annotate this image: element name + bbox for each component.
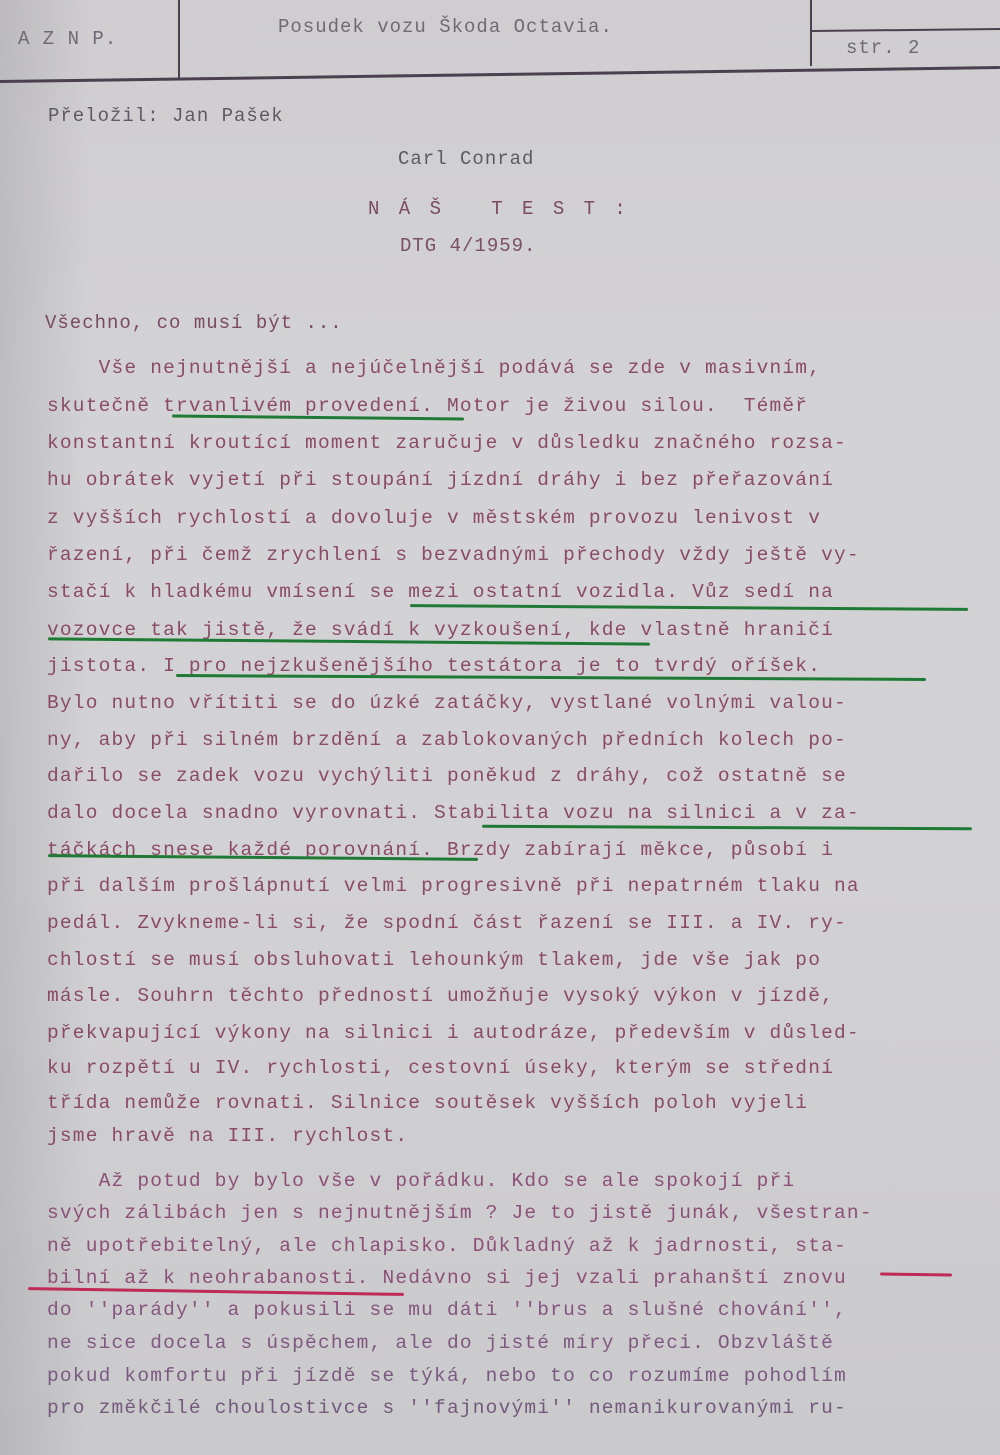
body-line: dalo docela snadno vyrovnati. Stabilita …	[47, 802, 860, 824]
body-line: másle. Souhrn těchto předností umožňuje …	[47, 985, 834, 1007]
header-page-number: str. 2	[846, 37, 920, 59]
article-heading: N Á Š T E S T :	[368, 198, 630, 220]
article-subtitle: Všechno, co musí být ...	[45, 312, 343, 334]
body-line: řazení, při čemž zrychlení s bezvadnými …	[47, 544, 860, 566]
body-line: Bylo nutno vřítiti se do úzké zatáčky, v…	[47, 692, 847, 714]
header-divider-left	[178, 0, 180, 78]
body-line: při dalším prošlápnutí velmi progresivně…	[47, 875, 860, 897]
body-line: ně upotřebitelný, ale chlapisko. Důkladn…	[47, 1235, 847, 1257]
body-line: ku rozpětí u IV. rychlosti, cestovní úse…	[47, 1057, 834, 1079]
body-line: bilní až k neohrabanosti. Nedávno si jej…	[47, 1267, 847, 1289]
author-name: Carl Conrad	[398, 148, 534, 170]
body-line: hu obrátek vyjetí při stoupání jízdní dr…	[47, 469, 834, 491]
body-line: skutečně trvanlivém provedení. Motor je …	[47, 395, 808, 417]
header-divider-right	[810, 0, 812, 66]
red-underline	[880, 1272, 952, 1276]
body-line: třída nemůže rovnati. Silnice soutěsek v…	[47, 1092, 808, 1114]
body-line: do ''parády'' a pokusili se mu dáti ''br…	[47, 1299, 847, 1321]
body-line: pokud komfortu při jízdě se týká, nebo t…	[47, 1365, 847, 1387]
body-line: ne sice docela s úspěchem, ale do jisté …	[47, 1332, 834, 1354]
body-line: z vyšších rychlostí a dovoluje v městské…	[47, 507, 821, 529]
body-line: pedál. Zvykneme-li si, že spodní část řa…	[47, 912, 847, 934]
body-line: chlostí se musí obsluhovati lehounkým tl…	[47, 949, 821, 971]
body-line: ny, aby při silném brzdění a zablokovaný…	[47, 729, 847, 751]
body-line: konstantní kroutící moment zaručuje v dů…	[47, 432, 847, 454]
article-source: DTG 4/1959.	[400, 235, 536, 257]
body-line: Až potud by bylo vše v pořádku. Kdo se a…	[47, 1170, 795, 1192]
translator-credit: Přeložil: Jan Pašek	[48, 105, 284, 127]
body-line: stačí k hladkému vmísení se mezi ostatní…	[47, 581, 834, 603]
header-title: Posudek vozu Škoda Octavia.	[278, 16, 613, 38]
body-line: svých zálibách jen s nejnutnějším ? Je t…	[47, 1202, 873, 1224]
body-line: dařilo se zadek vozu vychýliti poněkud z…	[47, 765, 847, 787]
header-org: A Z N P.	[18, 28, 117, 50]
body-line: jsme hravě na III. rychlost.	[47, 1125, 408, 1147]
body-line: překvapující výkony na silnici i autodrá…	[47, 1022, 860, 1044]
body-line: jistota. I pro nejzkušenějšího testátora…	[47, 655, 821, 677]
document-page: A Z N P. Posudek vozu Škoda Octavia. str…	[0, 0, 1000, 1455]
article-body: Vše nejnutnější a nejúčelnější podává se…	[47, 357, 987, 1061]
body-line: Vše nejnutnější a nejúčelnější podává se…	[47, 357, 821, 379]
header-page-box-rule	[812, 28, 1000, 32]
body-line: pro změkčilé choulostivce s ''fajnovými'…	[47, 1397, 847, 1419]
header-bottom-rule	[0, 66, 1000, 83]
